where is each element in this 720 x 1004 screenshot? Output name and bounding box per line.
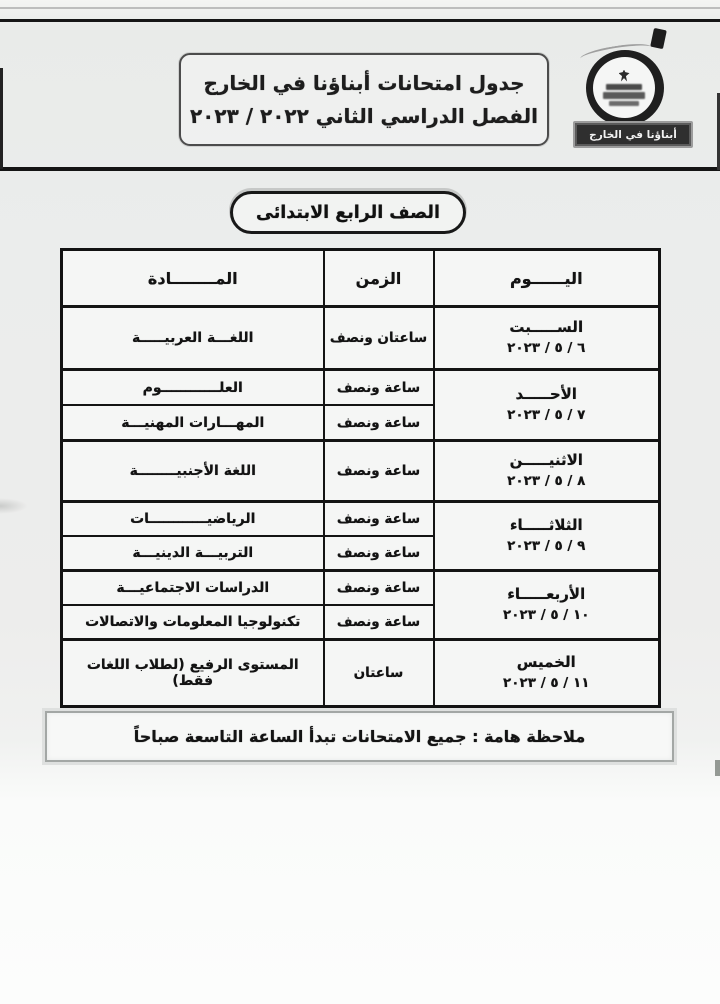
emblem-text-blur [606,84,642,90]
time-cell: ساعة ونصف [324,536,434,571]
table-row-wednesday-1: الأربعـــــاء ١٠ / ٥ / ٢٠٢٣ ساعة ونصف ال… [62,571,660,606]
table-row-saturday: الســـــبت ٦ / ٥ / ٢٠٢٣ ساعتان ونصف اللغ… [62,307,660,370]
day-date: ٧ / ٥ / ٢٠٢٣ [439,406,655,426]
subject-cell: الدراسات الاجتماعيـــة [62,571,324,606]
logo-banner-label: أبناؤنا في الخارج [589,129,677,141]
important-note-text: ملاحظة هامة : جميع الامتحانات تبدأ الساع… [134,727,585,746]
day-cell: الاثنيـــــن ٨ / ٥ / ٢٠٢٣ [434,441,660,502]
important-note-box: ملاحظة هامة : جميع الامتحانات تبدأ الساع… [45,711,674,762]
day-name: الخميس [439,652,655,674]
day-cell: الأحـــــد ٧ / ٥ / ٢٠٢٣ [434,370,660,441]
logo-banner: أبناؤنا في الخارج [573,121,693,148]
time-cell: ساعة ونصف [324,405,434,441]
day-name: الســـــبت [439,317,655,339]
time-cell: ساعتان [324,640,434,707]
day-date: ٩ / ٥ / ٢٠٢٣ [439,537,655,557]
scanned-exam-schedule-page: جدول امتحانات أبناؤنا في الخارج الفصل ال… [0,0,720,1004]
grade-banner: الصف الرابع الابتدائى [230,191,466,234]
subject-cell: المهـــارات المهنيـــة [62,405,324,441]
day-cell: الســـــبت ٦ / ٥ / ٢٠٢٣ [434,307,660,370]
title-box: جدول امتحانات أبناؤنا في الخارج الفصل ال… [179,53,549,146]
subject-cell: اللغة الأجنبيــــــــة [62,441,324,502]
scan-edge-artifact-left [0,68,3,169]
time-cell: ساعة ونصف [324,502,434,537]
scan-edge-mark [715,760,720,776]
table-row-tuesday-1: الثلاثـــــاء ٩ / ٥ / ٢٠٢٣ ساعة ونصف الر… [62,502,660,537]
day-name: الثلاثـــــاء [439,515,655,537]
day-cell: الثلاثـــــاء ٩ / ٥ / ٢٠٢٣ [434,502,660,571]
scan-smudge [0,498,28,514]
time-cell: ساعة ونصف [324,571,434,606]
day-cell: الخميس ١١ / ٥ / ٢٠٢٣ [434,640,660,707]
day-date: ٨ / ٥ / ٢٠٢٣ [439,472,655,492]
subject-cell: اللغـــة العربيـــــة [62,307,324,370]
day-cell: الأربعـــــاء ١٠ / ٥ / ٢٠٢٣ [434,571,660,640]
subject-cell: التربيـــة الدينيـــة [62,536,324,571]
day-date: ١٠ / ٥ / ٢٠٢٣ [439,606,655,626]
ministry-emblem-icon [586,50,664,126]
time-cell: ساعة ونصف [324,605,434,640]
day-name: الاثنيـــــن [439,450,655,472]
grade-banner-label: الصف الرابع الابتدائى [256,203,440,223]
day-name: الأحـــــد [439,384,655,406]
subject-cell: تكنولوجيا المعلومات والاتصالات [62,605,324,640]
exam-schedule-table: اليــــــوم الزمن المــــــــادة الســــ… [60,248,661,708]
emblem-text-blur [609,101,639,106]
time-cell: ساعة ونصف [324,441,434,502]
table-header-row: اليــــــوم الزمن المــــــــادة [62,250,660,307]
ink-blob-artifact [650,28,667,49]
col-header-time: الزمن [324,250,434,307]
day-date: ١١ / ٥ / ٢٠٢٣ [439,674,655,694]
day-date: ٦ / ٥ / ٢٠٢٣ [439,339,655,359]
day-name: الأربعـــــاء [439,584,655,606]
col-header-day: اليــــــوم [434,250,660,307]
subject-cell: المستوى الرفيع (لطلاب اللغات فقط) [62,640,324,707]
subject-cell: الرياضيــــــــــــات [62,502,324,537]
eagle-icon [619,70,630,82]
emblem-text-blur [603,92,645,99]
table-row-thursday: الخميس ١١ / ٥ / ٢٠٢٣ ساعتان المستوى الرف… [62,640,660,707]
time-cell: ساعتان ونصف [324,307,434,370]
table-row-monday: الاثنيـــــن ٨ / ٥ / ٢٠٢٣ ساعة ونصف اللغ… [62,441,660,502]
col-header-subject: المــــــــادة [62,250,324,307]
page-title: جدول امتحانات أبناؤنا في الخارج [203,71,524,95]
top-thin-rule [0,7,720,9]
semester-subtitle: الفصل الدراسي الثاني ٢٠٢٢ / ٢٠٢٣ [190,104,538,128]
time-cell: ساعة ونصف [324,370,434,406]
top-thick-rule [0,19,720,22]
subject-cell: العلــــــــــــوم [62,370,324,406]
table-row-sunday-1: الأحـــــد ٧ / ٥ / ٢٠٢٣ ساعة ونصف العلــ… [62,370,660,406]
header-divider-rule [0,167,720,171]
